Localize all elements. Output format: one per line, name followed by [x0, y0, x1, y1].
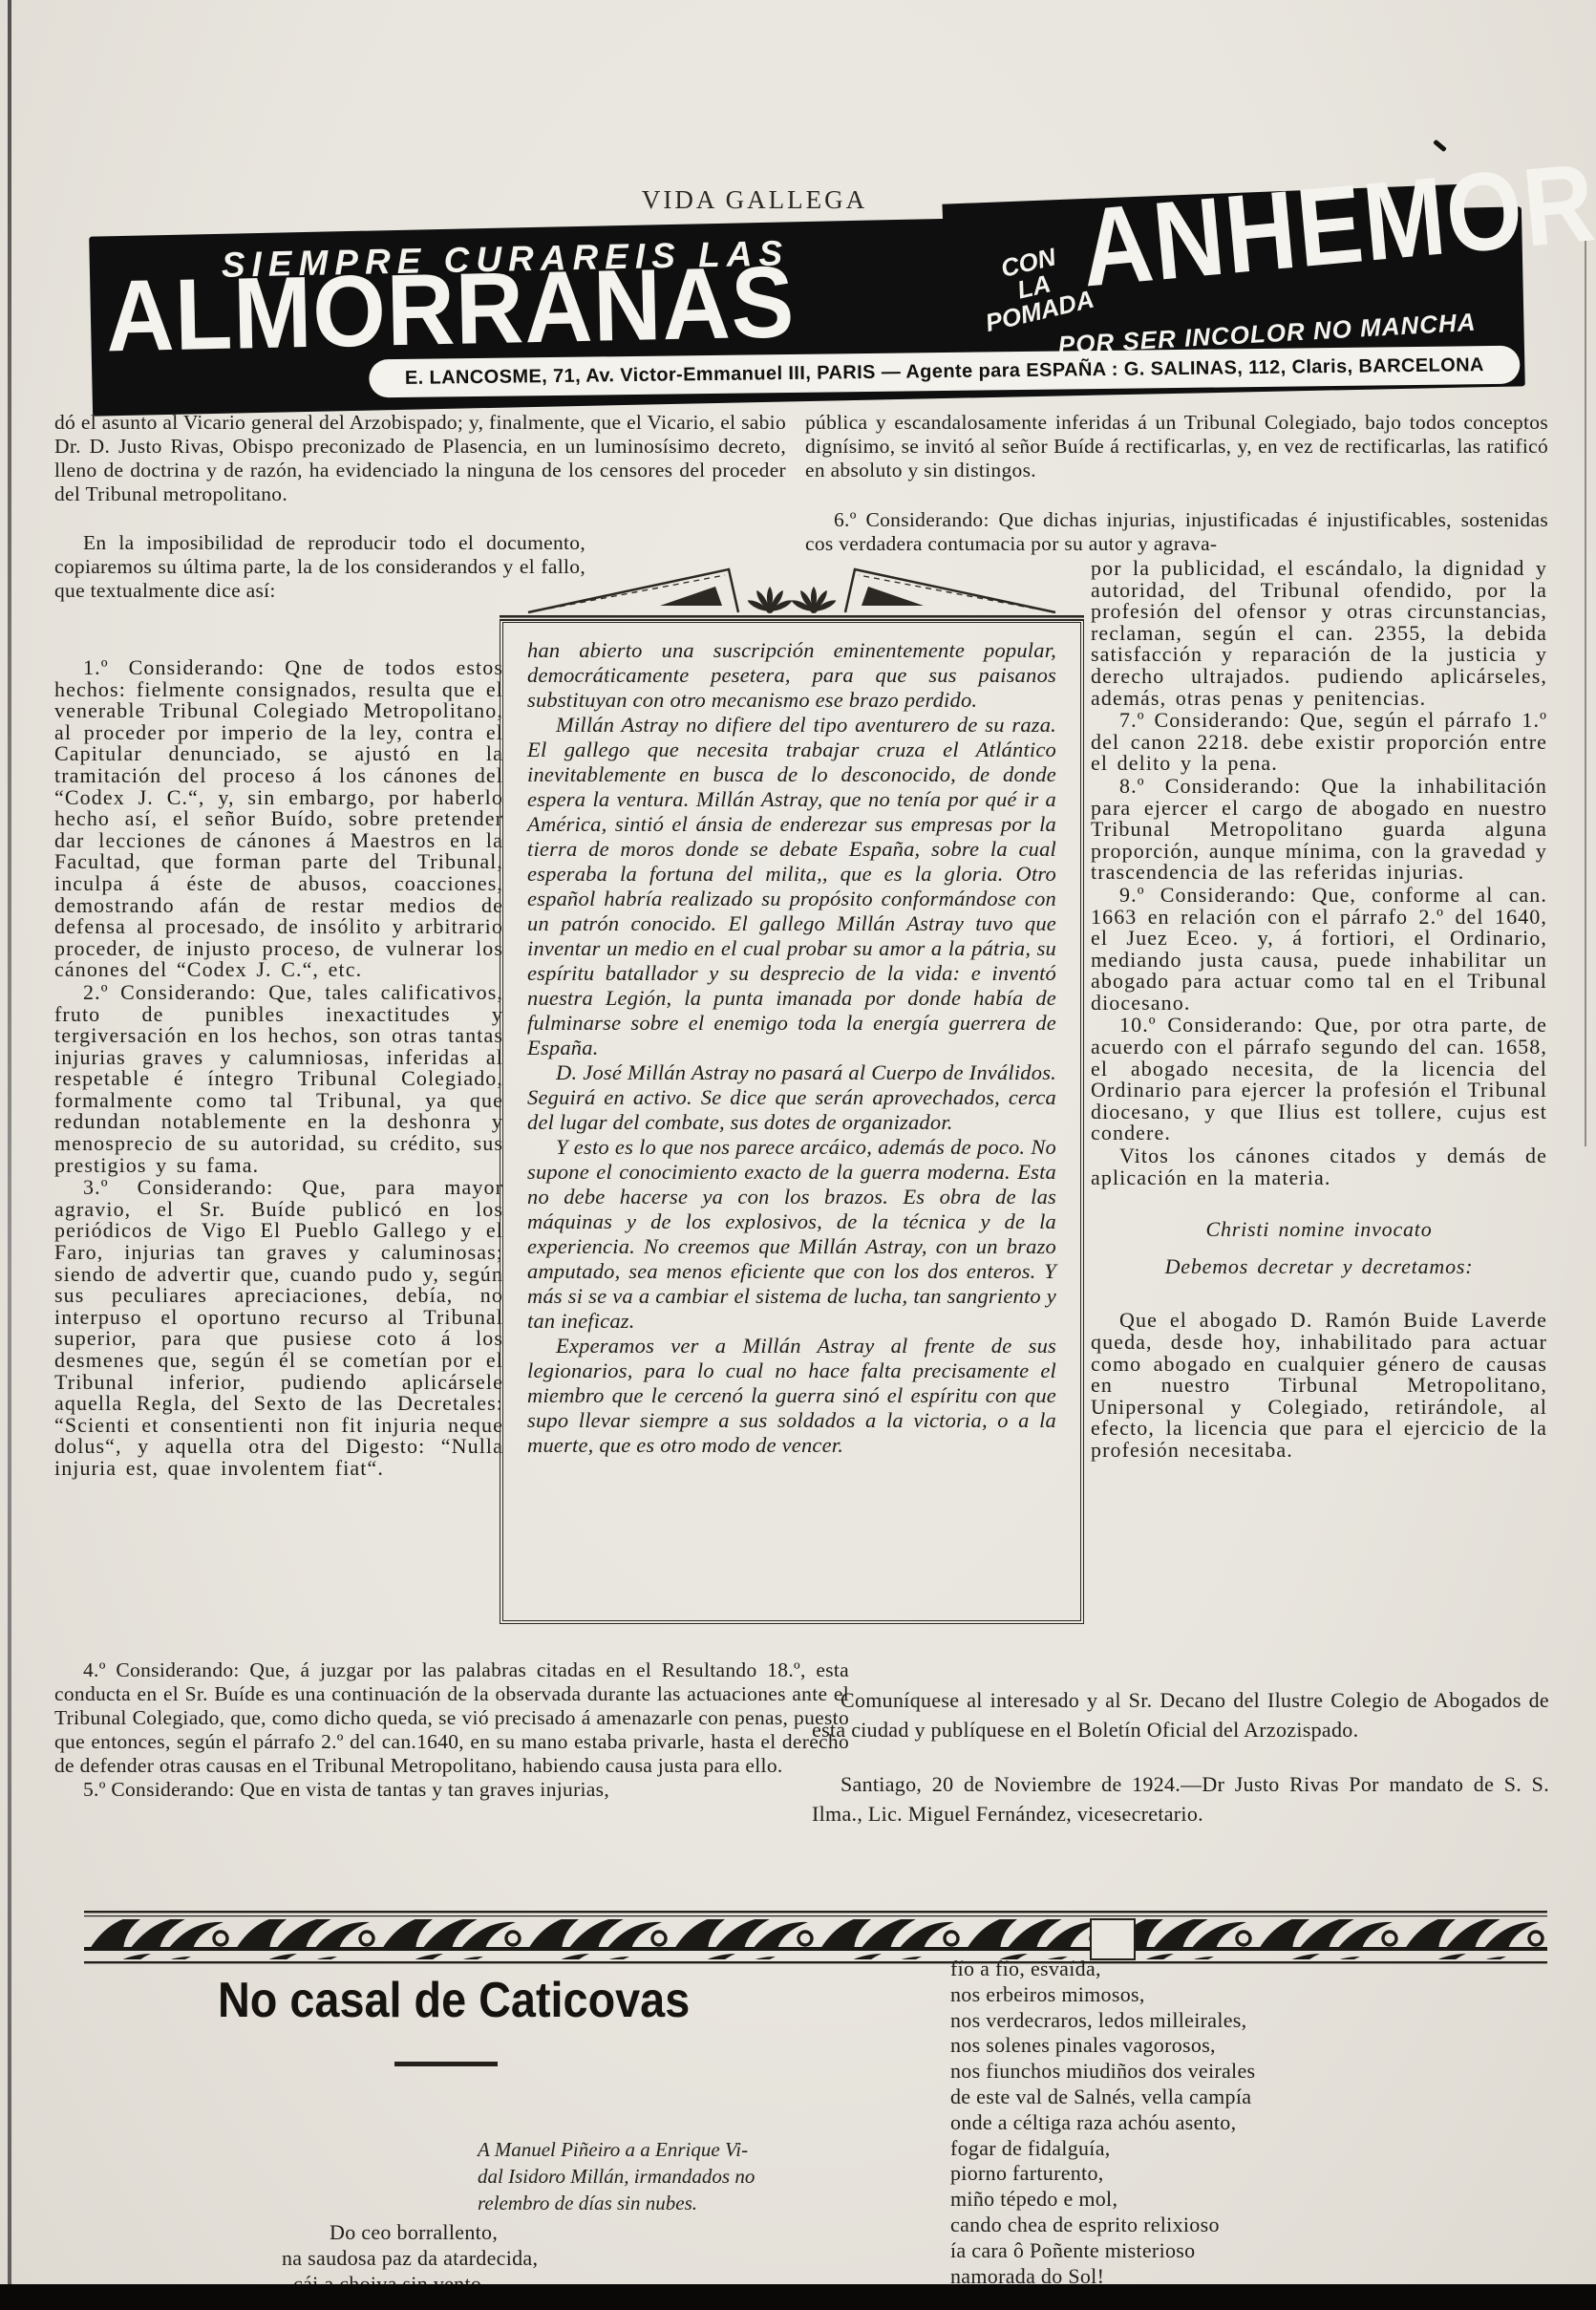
poem-line: Do ceo borrallento, — [282, 2220, 538, 2246]
poem-line: fogar de fidalguía, — [950, 2136, 1255, 2162]
decorative-border — [84, 1911, 1547, 1968]
decree-paragraph: Que el abogado D. Ramón Buide Laverde qu… — [1091, 1310, 1547, 1461]
poem-line: fío a fío, esvaída, — [950, 1957, 1255, 1982]
considerandos-left-column: 1.º Considerando: Qne de todos estos hec… — [54, 657, 503, 1657]
poem-title: No casal de Caticovas — [218, 1972, 690, 2029]
considerando-paragraph: 7.º Considerando: Que, según el párrafo … — [1091, 710, 1547, 775]
considerando-paragraph: 2.º Considerando: Que, tales calificativ… — [54, 982, 503, 1176]
advertisement-banner: SIEMPRE CURAREIS LAS ALMORRANAS CON LA P… — [89, 206, 1525, 416]
palmette-ornament-icon — [500, 554, 1084, 621]
signature-line: Santiago, 20 de Noviembre de 1924.—Dr Ju… — [812, 1769, 1549, 1829]
dedication-line: relembro de días sin nubes. — [478, 2190, 812, 2216]
poem-line: miño tépedo e mol, — [950, 2187, 1255, 2213]
feature-paragraph: D. José Millán Astray no pasará al Cuerp… — [527, 1060, 1056, 1135]
considerando-paragraph: 3.º Considerando: Que, para mayor agravi… — [54, 1177, 503, 1479]
closing-paragraph: Comuníquese al interesado y al Sr. Decan… — [812, 1685, 1549, 1744]
scan-edge-left — [8, 0, 11, 2310]
poem-line: nos erbeiros mimosos, — [950, 1982, 1255, 2008]
box-top-ornament — [500, 554, 1084, 621]
poem-line: nos fiunchos miudiños dos veirales — [950, 2059, 1255, 2085]
intro-right-paragraph: pública y escandalosamente inferidas á u… — [805, 411, 1548, 482]
scan-edge-right — [1585, 239, 1586, 1146]
decree-intro: Debemos decretar y decretamos: — [1091, 1256, 1547, 1278]
considerando-paragraph: 1.º Considerando: Qne de todos estos hec… — [54, 657, 503, 981]
considerando-paragraph: 9.º Considerando: Que, conforme al can. … — [1091, 885, 1547, 1015]
magazine-page: VIDA GALLEGA SIEMPRE CURAREIS LAS ALMORR… — [0, 0, 1596, 2310]
considerandos-right-column: por la publicidad, el escándalo, la dign… — [1091, 558, 1547, 1666]
feature-paragraph: han abierto una suscripción eminentement… — [527, 638, 1056, 713]
considerando-paragraph: 8.º Considerando: Que la inhabilitación … — [1091, 776, 1547, 884]
dedication-line: dal Isidoro Millán, irmandados no — [478, 2163, 812, 2190]
latin-invocation: Christi nomine invocato — [1091, 1219, 1547, 1241]
poem-line: ía cara ô Poñente misterioso — [950, 2238, 1255, 2264]
considerando-paragraph: por la publicidad, el escándalo, la dign… — [1091, 558, 1547, 709]
boxed-feature-article: han abierto una suscripción eminentement… — [500, 619, 1084, 1624]
poem-line: na saudosa paz da atardecida, — [282, 2246, 538, 2272]
ink-speck — [1433, 139, 1447, 152]
intro-left-paragraph: dó el asunto al Vicario general del Arzo… — [54, 411, 786, 506]
intro-right-paragraph: 6.º Considerando: Que dichas injurias, i… — [805, 508, 1548, 556]
poem-line: nos verdecraros, ledos milleirales, — [950, 2008, 1255, 2034]
considerandos-below-box: 4.º Considerando: Que, á juzgar por las … — [54, 1658, 849, 1802]
feature-paragraph: Experamos ver a Millán Astray al frente … — [527, 1334, 1056, 1458]
scan-bottom-bar — [0, 2284, 1596, 2310]
closing-block: Comuníquese al interesado y al Sr. Decan… — [812, 1685, 1549, 1829]
poem-dedication: A Manuel Piñeiro a a Enrique Vi- dal Isi… — [478, 2136, 812, 2216]
considerando-paragraph: Vitos los cánones citados y demás de apl… — [1091, 1145, 1547, 1188]
poem-line: onde a céltiga raza achóu asento, — [950, 2110, 1255, 2136]
scroll-border-icon — [84, 1911, 1547, 1968]
considerando-paragraph: 5.º Considerando: Que en vista de tantas… — [54, 1778, 849, 1802]
ad-brand-name: ANHEMOR — [1076, 146, 1596, 303]
poem-line: cando chea de esprito relixioso — [950, 2213, 1255, 2238]
poem-line: nos solenes pinales vagorosos, — [950, 2033, 1255, 2059]
dedication-line: A Manuel Piñeiro a a Enrique Vi- — [478, 2136, 812, 2163]
poem-right-stanza: fío a fío, esvaída, nos erbeiros mimosos… — [950, 1957, 1255, 2289]
poem-line: de este val de Salnés, vella campía — [950, 2085, 1255, 2110]
poem-line: piorno farturento, — [950, 2161, 1255, 2187]
considerando-paragraph: 4.º Considerando: Que, á juzgar por las … — [54, 1658, 849, 1778]
feature-paragraph: Y esto es lo que nos parece arcáico, ade… — [527, 1135, 1056, 1334]
ad-product-word: ALMORRANAS — [105, 254, 796, 365]
feature-paragraph: Millán Astray no difiere del tipo aventu… — [527, 713, 1056, 1060]
considerando-paragraph: 10.º Considerando: Que, por otra parte, … — [1091, 1015, 1547, 1144]
title-rule — [394, 2062, 498, 2066]
